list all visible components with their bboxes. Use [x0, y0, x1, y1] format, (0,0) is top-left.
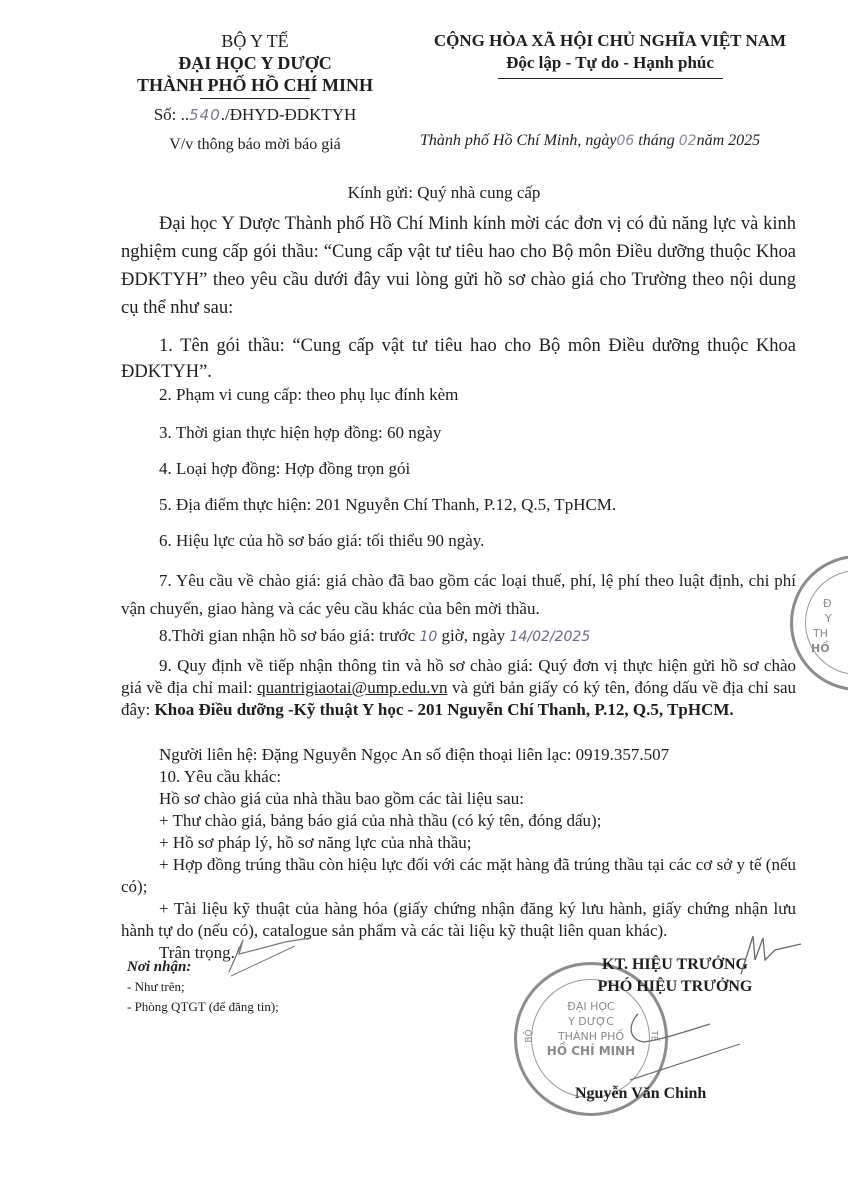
document-req-1-text: + Thư chào giá, bảng báo giá của nhà thầ…	[121, 810, 796, 832]
document-number-suffix: ./ĐHYD-ĐDKTYH	[221, 105, 357, 124]
item-8-label: 8.Thời gian nhận hồ sơ báo giá: trước	[159, 626, 419, 645]
side-stamp-line-3: TH	[803, 626, 832, 641]
initial-signature-icon	[225, 932, 315, 982]
partial-side-stamp: Đ Y TH HỒ	[790, 555, 848, 691]
document-req-2: + Hồ sơ pháp lý, hồ sơ năng lực của nhà …	[121, 832, 796, 854]
date-prefix: Thành phố Hồ Chí Minh, ngày	[420, 132, 616, 149]
item-5: 5. Địa điểm thực hiện: 201 Nguyễn Chí Th…	[121, 494, 796, 516]
document-number-handwritten: 540	[189, 106, 221, 124]
deadline-hour-handwritten: 10	[419, 629, 437, 645]
date-year: năm 2025	[697, 132, 761, 149]
item-1: 1. Tên gói thầu: “Cung cấp vật tư tiêu h…	[121, 333, 796, 385]
item-10: 10. Yêu cầu khác:	[121, 766, 796, 788]
document-req-4: + Tài liệu kỹ thuật của hàng hóa (giấy c…	[121, 898, 796, 942]
recipients-title: Nơi nhận:	[127, 958, 191, 976]
national-motto: Độc lập - Tự do - Hạnh phúc	[425, 52, 795, 74]
header-left-rule	[200, 98, 310, 99]
intro-paragraph: Đại học Y Dược Thành phố Hồ Chí Minh kín…	[121, 210, 796, 322]
side-stamp-line-4: HỒ	[803, 641, 832, 656]
signature-main-icon	[610, 1010, 750, 1090]
submission-email-link[interactable]: quantrigiaotai@ump.edu.vn	[257, 678, 447, 697]
contact-text: Người liên hệ: Đặng Nguyễn Ngọc An số đi…	[121, 744, 796, 766]
deadline-date-handwritten: 14/02/2025	[510, 629, 591, 645]
item-8: 8.Thời gian nhận hồ sơ báo giá: trước 10…	[121, 625, 796, 648]
side-stamp-line-1: Đ	[803, 596, 832, 611]
contact-line: Người liên hệ: Đặng Nguyễn Ngọc An số đi…	[121, 744, 796, 766]
item-4: 4. Loại hợp đồng: Hợp đồng trọn gói	[121, 458, 796, 480]
item-9: 9. Quy định về tiếp nhận thông tin và hồ…	[121, 655, 796, 721]
documents-intro: Hồ sơ chào giá của nhà thầu bao gồm các …	[121, 788, 796, 810]
item-3: 3. Thời gian thực hiện hợp đồng: 60 ngày	[121, 422, 796, 444]
document-req-2-text: + Hồ sơ pháp lý, hồ sơ năng lực của nhà …	[121, 832, 796, 854]
signature-scribble-top-icon	[735, 930, 805, 980]
submission-address: Khoa Điều dưỡng -Kỹ thuật Y học - 201 Ng…	[155, 700, 734, 719]
item-10-text: 10. Yêu cầu khác:	[121, 766, 796, 788]
recipient-2: - Phòng QTGT (để đăng tin);	[127, 998, 279, 1016]
stamp-side-left: BỘ	[525, 1029, 535, 1042]
date-month-handwritten: 02	[679, 133, 697, 149]
document-req-1: + Thư chào giá, bảng báo giá của nhà thầ…	[121, 810, 796, 832]
item-2: 2. Phạm vi cung cấp: theo phụ lục đính k…	[121, 384, 796, 406]
side-stamp-line-2: Y	[803, 611, 832, 626]
document-number-prefix: Số: ..	[154, 105, 189, 124]
item-8-mid: giờ, ngày	[437, 626, 509, 645]
salutation: Kính gửi: Quý nhà cung cấp	[0, 183, 848, 203]
recipients-title-text: Nơi nhận:	[127, 959, 191, 975]
signer-name: Nguyễn Văn Chinh	[575, 1085, 706, 1103]
item-6: 6. Hiệu lực của hồ sơ báo giá: tối thiểu…	[121, 530, 796, 552]
header-right: CỘNG HÒA XÃ HỘI CHỦ NGHĨA VIỆT NAM Độc l…	[425, 30, 795, 79]
item-7: 7. Yêu cầu về chào giá: giá chào đã bao …	[121, 567, 796, 623]
header-right-rule	[498, 78, 723, 79]
header-left: BỘ Y TẾ ĐẠI HỌC Y DƯỢC THÀNH PHỐ HỒ CHÍ …	[100, 30, 410, 154]
date-day-handwritten: 06	[616, 133, 634, 149]
recipient-1: - Như trên;	[127, 978, 185, 996]
document-date: Thành phố Hồ Chí Minh, ngày06 tháng 02nă…	[420, 132, 760, 150]
university-name-line1: ĐẠI HỌC Y DƯỢC	[100, 52, 410, 74]
document-req-3: + Hợp đồng trúng thầu còn hiệu lực đối v…	[121, 854, 796, 898]
documents-intro-text: Hồ sơ chào giá của nhà thầu bao gồm các …	[121, 788, 796, 810]
ministry-name: BỘ Y TẾ	[100, 30, 410, 52]
national-title: CỘNG HÒA XÃ HỘI CHỦ NGHĨA VIỆT NAM	[425, 30, 795, 52]
date-month-label: tháng	[638, 132, 674, 149]
document-subject: V/v thông báo mời báo giá	[100, 136, 410, 154]
document-number: Số: ..540./ĐHYD-ĐDKTYH	[100, 102, 410, 128]
side-stamp-text: Đ Y TH HỒ	[803, 596, 832, 656]
university-name-line2: THÀNH PHỐ HỒ CHÍ MINH	[100, 74, 410, 96]
